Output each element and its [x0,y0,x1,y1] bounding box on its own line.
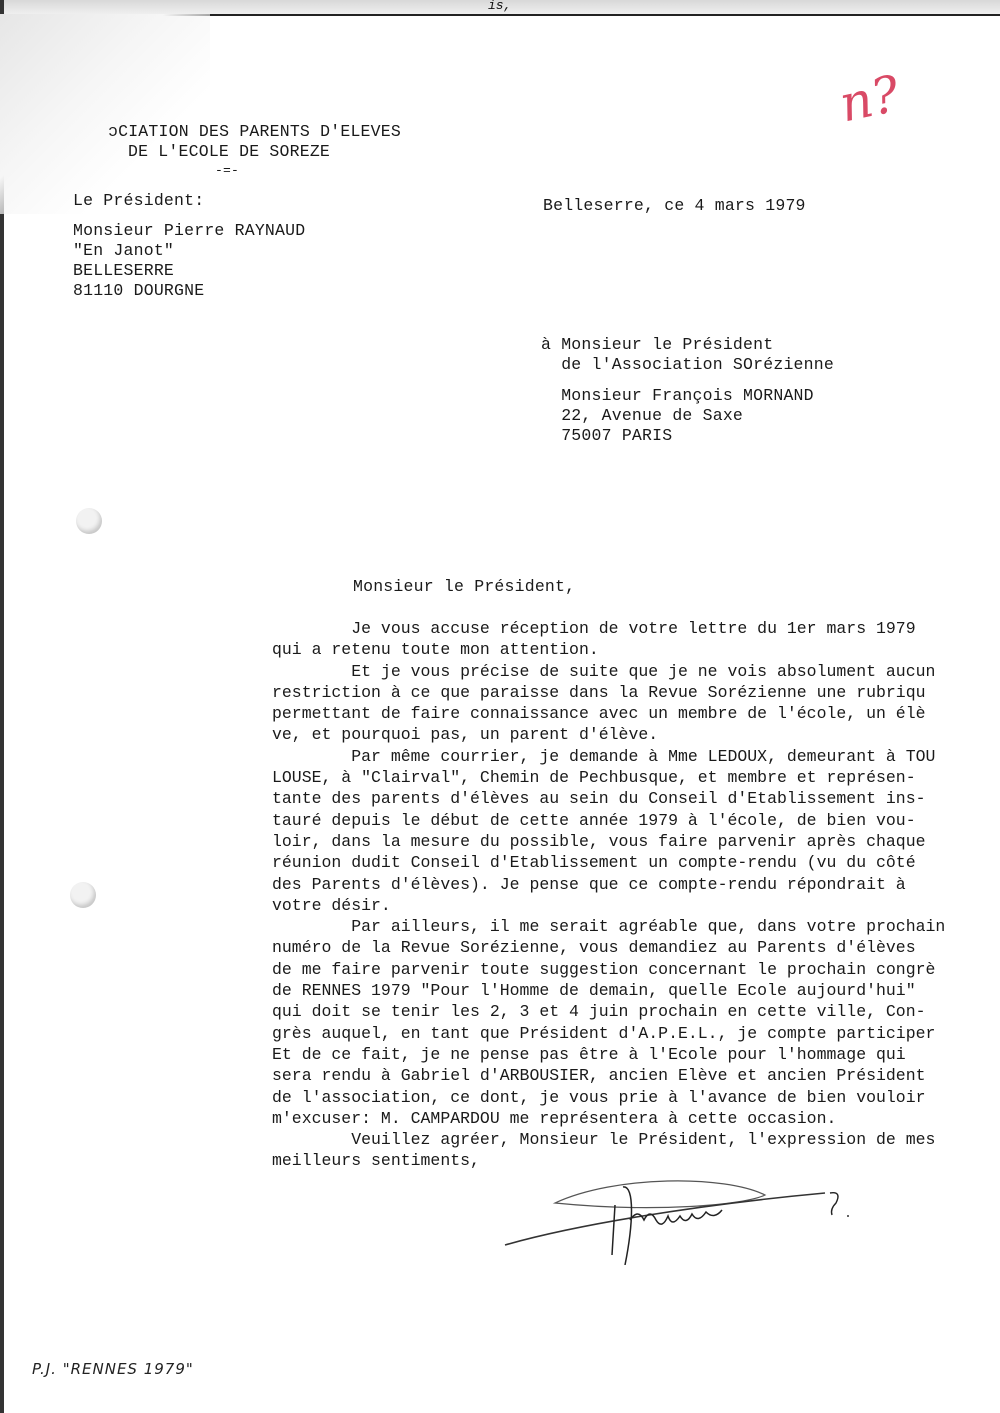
body-line: Et je vous précise de suite que je ne vo… [272,661,1000,682]
body-line: Par même courrier, je demande à Mme LEDO… [272,746,1000,767]
body-line: Par ailleurs, il me serait agréable que,… [272,916,1000,937]
body-line: des Parents d'élèves). Je pense que ce c… [272,874,1000,895]
body-line: restriction à ce que paraisse dans la Re… [272,682,1000,703]
body-line: permettant de faire connaissance avec un… [272,703,1000,724]
body-line: LOUSE, à "Clairval", Chemin de Pechbusqu… [272,767,1000,788]
body-line: tante des parents d'élèves au sein du Co… [272,788,1000,809]
body-line: qui doit se tenir les 2, 3 et 4 juin pro… [272,1001,1000,1022]
postscript-attachment-note: P.J. "RENNES 1979" [32,1360,194,1378]
body-line: réunion dudit Conseil d'Etablissement un… [272,852,1000,873]
body-line: numéro de la Revue Sorézienne, vous dema… [272,937,1000,958]
body-line: Et de ce fait, je ne pense pas être à l'… [272,1044,1000,1065]
sender-label: Le Président: [73,191,204,211]
body-line: m'excuser: M. CAMPARDOU me représentera … [272,1108,1000,1129]
red-handwritten-annotation: n? [835,64,905,133]
org-name-line1: ɔCIATION DES PARENTS D'ELEVES [108,122,401,142]
body-line: qui a retenu toute mon attention. [272,639,1000,660]
body-line: loir, dans la mesure du possible, vous f… [272,831,1000,852]
header-separator: -=- [215,161,239,181]
letter-body: Je vous accuse réception de votre lettre… [272,618,1000,1172]
body-line: Je vous accuse réception de votre lettre… [272,618,1000,639]
body-line: votre désir. [272,895,1000,916]
body-line: Veuillez agréer, Monsieur le Président, … [272,1129,1000,1150]
body-line: de RENNES 1979 "Pour l'Homme de demain, … [272,980,1000,1001]
body-line: ve, et pourquoi pas, un parent d'élève. [272,724,1000,745]
cut-text-fragment: is, [488,0,511,13]
salutation: Monsieur le Président, [353,577,575,597]
body-line: de me faire parvenir toute suggestion co… [272,959,1000,980]
punch-hole [76,508,102,534]
signature [495,1175,855,1265]
date-line: Belleserre, ce 4 mars 1979 [543,196,806,216]
org-name-line2: DE L'ECOLE DE SOREZE [128,142,330,162]
body-line: meilleurs sentiments, [272,1150,1000,1171]
body-line: grès auquel, en tant que Président d'A.P… [272,1023,1000,1044]
body-line: tauré depuis le début de cette année 197… [272,810,1000,831]
punch-hole [70,882,96,908]
folded-corner [0,14,210,214]
body-line: de l'association, ce dont, je vous prie … [272,1087,1000,1108]
body-line: sera rendu à Gabriel d'ARBOUSIER, ancien… [272,1065,1000,1086]
